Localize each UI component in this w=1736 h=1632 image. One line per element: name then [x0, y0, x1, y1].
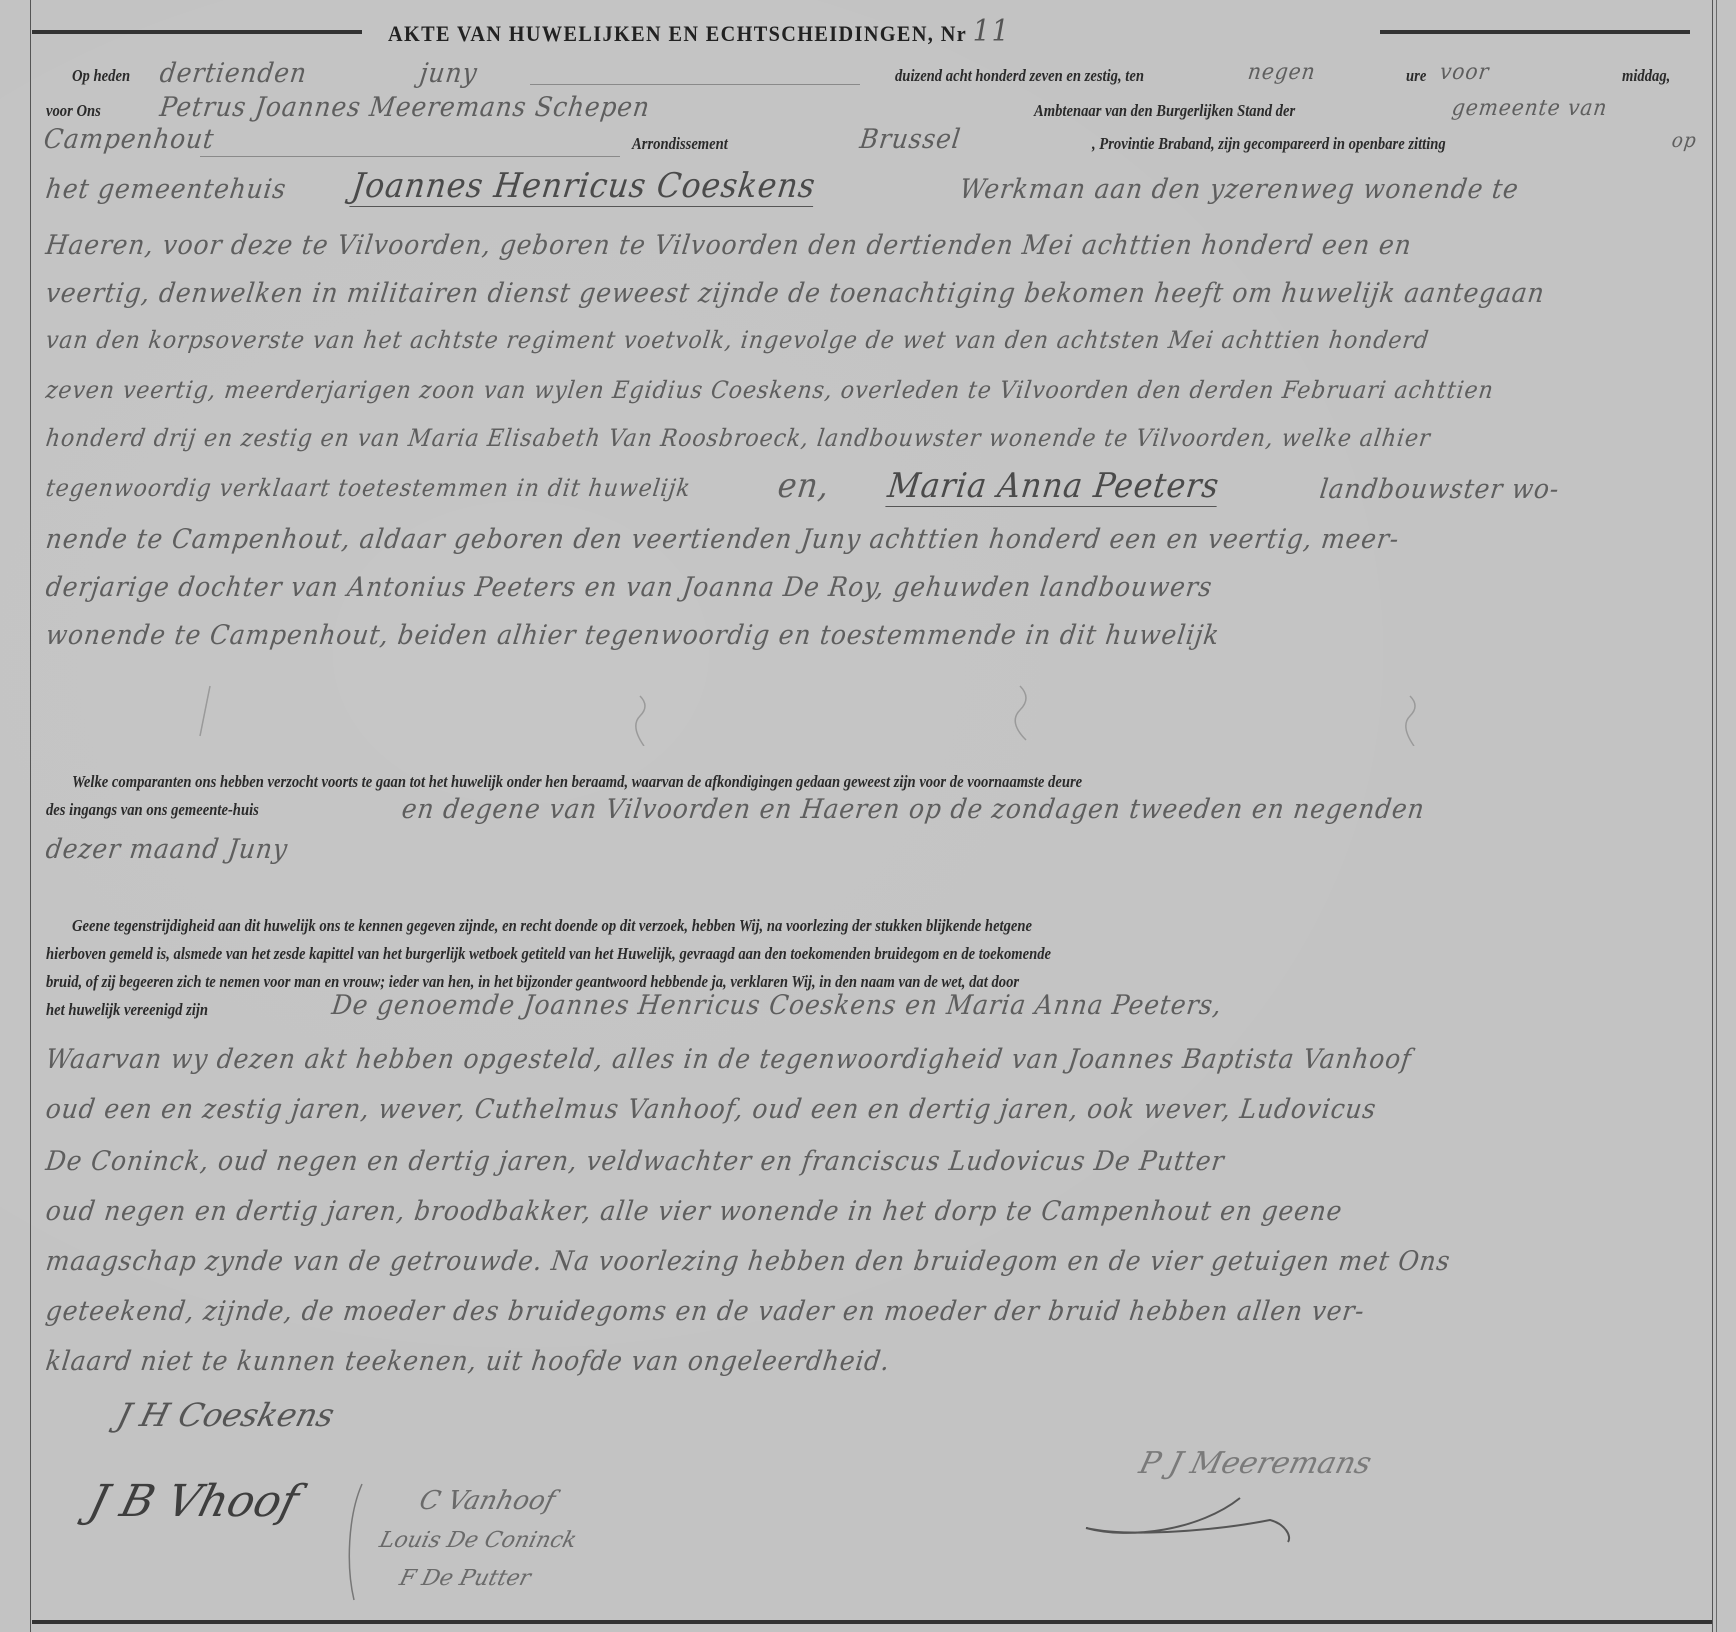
signature-witness-2: C Vanhoof: [416, 1486, 558, 1516]
publications-hand-3: dezer maand Juny: [44, 834, 290, 865]
voor-ons-label: voor Ons: [46, 101, 101, 121]
arrondissement-label: Arrondissement: [632, 134, 728, 154]
bride-occupation: landbouwster wo-: [1318, 474, 1561, 505]
bottom-rule: [32, 1620, 1712, 1624]
bride-name: Maria Anna Peeters: [885, 466, 1221, 507]
body-line-6: honderd drij en zestig en van Maria Elis…: [44, 424, 1432, 452]
title-rule-left: [32, 30, 362, 34]
body-line-1: het gemeentehuis: [44, 174, 288, 205]
declaration-line-2: hierboven gemeld is, alsmede van het zes…: [46, 944, 1051, 964]
declaration-hand-4: De genoemde Joannes Henricus Coeskens en…: [330, 990, 1224, 1021]
zitting-value: op: [1670, 128, 1698, 152]
publications-line-1: Welke comparanten ons hebben verzocht vo…: [72, 772, 1082, 792]
body-line-9: derjarige dochter van Antonius Peeters e…: [44, 572, 1214, 603]
middag-label: middag,: [1622, 66, 1670, 86]
op-heden-label: Op heden: [72, 66, 130, 86]
signature-official: P J Meeremans: [1136, 1446, 1375, 1481]
fill-line: [200, 156, 620, 157]
witness-line-2: oud een en zestig jaren, wever, Cuthelmu…: [44, 1094, 1378, 1125]
date-day: dertienden: [158, 58, 309, 89]
body-line-10: wonende te Campenhout, beiden alhier teg…: [44, 620, 1222, 651]
record-number: 11: [973, 14, 1011, 49]
body-line-2: Haeren, voor deze te Vilvoorden, geboren…: [44, 230, 1414, 261]
declaration-line-4: het huwelijk vereenigd zijn: [46, 1000, 208, 1020]
witness-line-1: Waarvan wy dezen akt hebben opgesteld, a…: [44, 1044, 1413, 1075]
body-line-8: nende te Campenhout, aldaar geboren den …: [44, 524, 1401, 555]
document-title: AKTE VAN HUWELIJKEN EN ECHTSCHEIDINGEN, …: [388, 14, 1010, 46]
date-month: juny: [418, 58, 479, 89]
publications-line-2: des ingangs van ons gemeente-huis: [46, 800, 259, 820]
title-text: AKTE VAN HUWELIJKEN EN ECHTSCHEIDINGEN, …: [388, 21, 967, 46]
bride-connector: en,: [775, 466, 832, 506]
signature-groom: J H Coeskens: [113, 1396, 338, 1434]
witness-line-5: maagschap zynde van de getrouwde. Na voo…: [44, 1246, 1452, 1277]
body-line-5: zeven veertig, meerderjarigen zoon van w…: [44, 376, 1495, 404]
groom-occupation: Werkman aan den yzerenweg wonende te: [958, 174, 1521, 205]
arrondissement-value: Brussel: [858, 124, 963, 155]
declaration-line-3: bruid, of zij begeeren zich te nemen voo…: [46, 972, 1019, 992]
witness-line-3: De Coninck, oud negen en dertig jaren, v…: [44, 1146, 1226, 1177]
right-outer-rule: [1716, 0, 1717, 1632]
gemeente-value: gemeente van: [1450, 96, 1608, 121]
body-line-7: tegenwoordig verklaart toetestemmen in d…: [44, 474, 692, 502]
commune-name: Campenhout: [42, 124, 216, 155]
ambtenaar-printed: Ambtenaar van den Burgerlijken Stand der: [1034, 101, 1295, 121]
year-printed: duizend acht honderd zeven en zestig, te…: [895, 66, 1144, 86]
marriage-record-page: AKTE VAN HUWELIJKEN EN ECHTSCHEIDINGEN, …: [0, 0, 1736, 1632]
ure-value: voor: [1438, 60, 1490, 85]
fill-line: [530, 84, 860, 85]
body-line-4: van den korpsoverste van het achtste reg…: [44, 326, 1431, 354]
witness-line-6: geteekend, zijnde, de moeder des bruideg…: [44, 1296, 1367, 1327]
body-line-3: veertig, denwelken in militairen dienst …: [44, 278, 1547, 309]
ure-label: ure: [1406, 66, 1426, 86]
witness-line-7: klaard niet te kunnen teekenen, uit hoof…: [44, 1346, 892, 1377]
official-name: Petrus Joannes Meeremans Schepen: [158, 92, 652, 123]
witness-bracket: [340, 1476, 370, 1606]
left-margin-rule: [30, 0, 31, 1632]
witness-line-4: oud negen en dertig jaren, broodbakker, …: [44, 1196, 1344, 1227]
signature-witness-3: Louis De Coninck: [377, 1528, 579, 1553]
hour-value: negen: [1246, 60, 1317, 85]
publications-hand-2: en degene van Vilvoorden en Haeren op de…: [400, 794, 1427, 825]
blank-space-strokes: [180, 676, 1480, 746]
declaration-line-1: Geene tegenstrijdigheid aan dit huwelijk…: [72, 916, 1032, 936]
signature-witness-1: J B Vhoof: [84, 1476, 304, 1527]
official-signature-flourish: [1070, 1490, 1300, 1550]
signature-witness-4: F De Putter: [397, 1566, 533, 1591]
groom-name: Joannes Henricus Coeskens: [349, 166, 818, 207]
title-rule-right: [1380, 30, 1690, 34]
provincie-printed: , Provintie Braband, zijn gecompareerd i…: [1092, 134, 1446, 154]
right-margin-rule: [1712, 0, 1713, 1632]
